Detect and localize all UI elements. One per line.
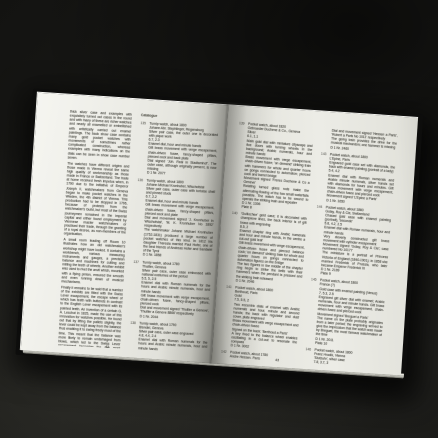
catalogue-column-one: 139Pocket watch, about 1820Gebrueder Duc… bbox=[220, 121, 313, 362]
entry-body: Pocket watch, about 1820Gebrueder Duchen… bbox=[241, 122, 314, 214]
entry-body: Pocket watch, about 1780Andre Hessen, Pa… bbox=[227, 350, 296, 362]
entry-body: Turnip watch, about 1800Johann Michael K… bbox=[143, 178, 216, 260]
entry-body: Turnip watch, about 1790Blondel, GenevaS… bbox=[136, 321, 208, 353]
catalogue-entry: 144Pocket watch, about 1860Golay, Roy & … bbox=[311, 204, 391, 280]
left-page: thick silver case and examples with exqu… bbox=[20, 92, 228, 363]
catalogue-entry: 137Turnip watch, about 1780Thuiller, Gen… bbox=[131, 259, 212, 321]
paragraph-line: thick silver case and examples with exqu… bbox=[68, 110, 132, 163]
photo-background: thick silver case and examples with exqu… bbox=[0, 0, 438, 438]
catalogue-entry: 146Pocket watch, about 1800Franz Hrodik,… bbox=[304, 347, 380, 369]
page-number-right: 43 bbox=[275, 358, 279, 362]
catalogue-column: Catalogue 135Turnip watch, about 1800Joh… bbox=[129, 113, 219, 353]
paragraph-line: Finally it remains to be said that a num… bbox=[58, 285, 123, 348]
catalogue-heading: Catalogue bbox=[141, 113, 219, 121]
right-page-content: 139Pocket watch, about 1820Gebrueder Duc… bbox=[211, 107, 418, 375]
catalogue-entry: 143Pocket watch, about 1800L'Epine, Pari… bbox=[317, 152, 396, 208]
entry-number: 140 bbox=[231, 211, 237, 216]
entry-number: 135 bbox=[140, 121, 146, 125]
entry-number: 144 bbox=[316, 204, 322, 209]
entry-number: 143 bbox=[320, 152, 326, 157]
book: thick silver case and examples with exqu… bbox=[20, 92, 418, 375]
entry-number: 137 bbox=[133, 259, 139, 263]
catalogue-entry: 139Pocket watch, about 1820Gebrueder Duc… bbox=[232, 121, 314, 214]
catalogue-entries-right-page: 143Pocket watch, about 1800L'Epine, Pari… bbox=[304, 152, 395, 369]
entry-body: Pocket watch, about 1860Golay, Roy & Cie… bbox=[320, 205, 391, 281]
open-pages: thick silver case and examples with exqu… bbox=[20, 92, 418, 375]
entry-continuation: Dial and movement signed 'Hessen a Paris… bbox=[321, 128, 397, 155]
entry-number: 139 bbox=[238, 121, 244, 126]
entry-body: Pocket watch, about 1800Berthoud, ParisG… bbox=[230, 285, 301, 352]
right-page: 139Pocket watch, about 1820Gebrueder Duc… bbox=[211, 104, 418, 375]
catalogue-entry: 141Pocket watch, about 1800Berthoud, Par… bbox=[221, 285, 301, 353]
paragraph-line: A small room leading off Room 10 illustr… bbox=[61, 238, 125, 287]
entry-body: Pocket watch, about 1800France (?)Gold c… bbox=[314, 278, 385, 349]
entry-number: 136 bbox=[138, 178, 144, 182]
catalogue-entry: 145Pocket watch, about 1800France (?)Gol… bbox=[305, 278, 385, 350]
catalogue-entry: 135Turnip watch, about 1800Johann Abr. S… bbox=[138, 121, 219, 179]
entry-number: 145 bbox=[310, 278, 316, 283]
entry-body: Turnip watch, about 1800Johann Abr. Step… bbox=[147, 121, 219, 178]
entry-body: Pocket watch, about 1800L'Epine, ParisEn… bbox=[326, 152, 396, 207]
entry-number: 142 bbox=[220, 350, 226, 355]
catalogue-entry: 140'Guillochee' gold case; it is decorat… bbox=[226, 211, 306, 287]
page-number-left: 42 bbox=[105, 345, 109, 349]
left-page-content: thick silver case and examples with exqu… bbox=[25, 94, 228, 361]
catalogue-entry: 138Turnip watch, about 1790Blondel, Gene… bbox=[129, 321, 208, 353]
entry-body: Turnip watch, about 1780Thuiller, Geneva… bbox=[140, 260, 212, 322]
entry-body: 'Guillochee' gold case; it is decorated … bbox=[235, 212, 306, 288]
entry-number: 138 bbox=[130, 321, 136, 325]
entry-number: 146 bbox=[305, 347, 311, 352]
entry-body: Pocket watch, about 1800Franz Hrodik, Vi… bbox=[311, 348, 380, 369]
catalogue-entry: 136Turnip watch, about 1800Johann Michae… bbox=[134, 178, 216, 261]
paragraph-line: The watches have different origins and t… bbox=[64, 161, 130, 239]
catalogue-column-two: Dial and movement signed 'Hessen a Paris… bbox=[304, 128, 397, 369]
intro-text-column: thick silver case and examples with exqu… bbox=[58, 110, 132, 349]
catalogue-entries-left-page: 135Turnip watch, about 1800Johann Abr. S… bbox=[129, 121, 218, 353]
entry-line: Enamel dial with Roman numerals for the … bbox=[138, 338, 208, 353]
entry-number: 141 bbox=[226, 285, 232, 290]
